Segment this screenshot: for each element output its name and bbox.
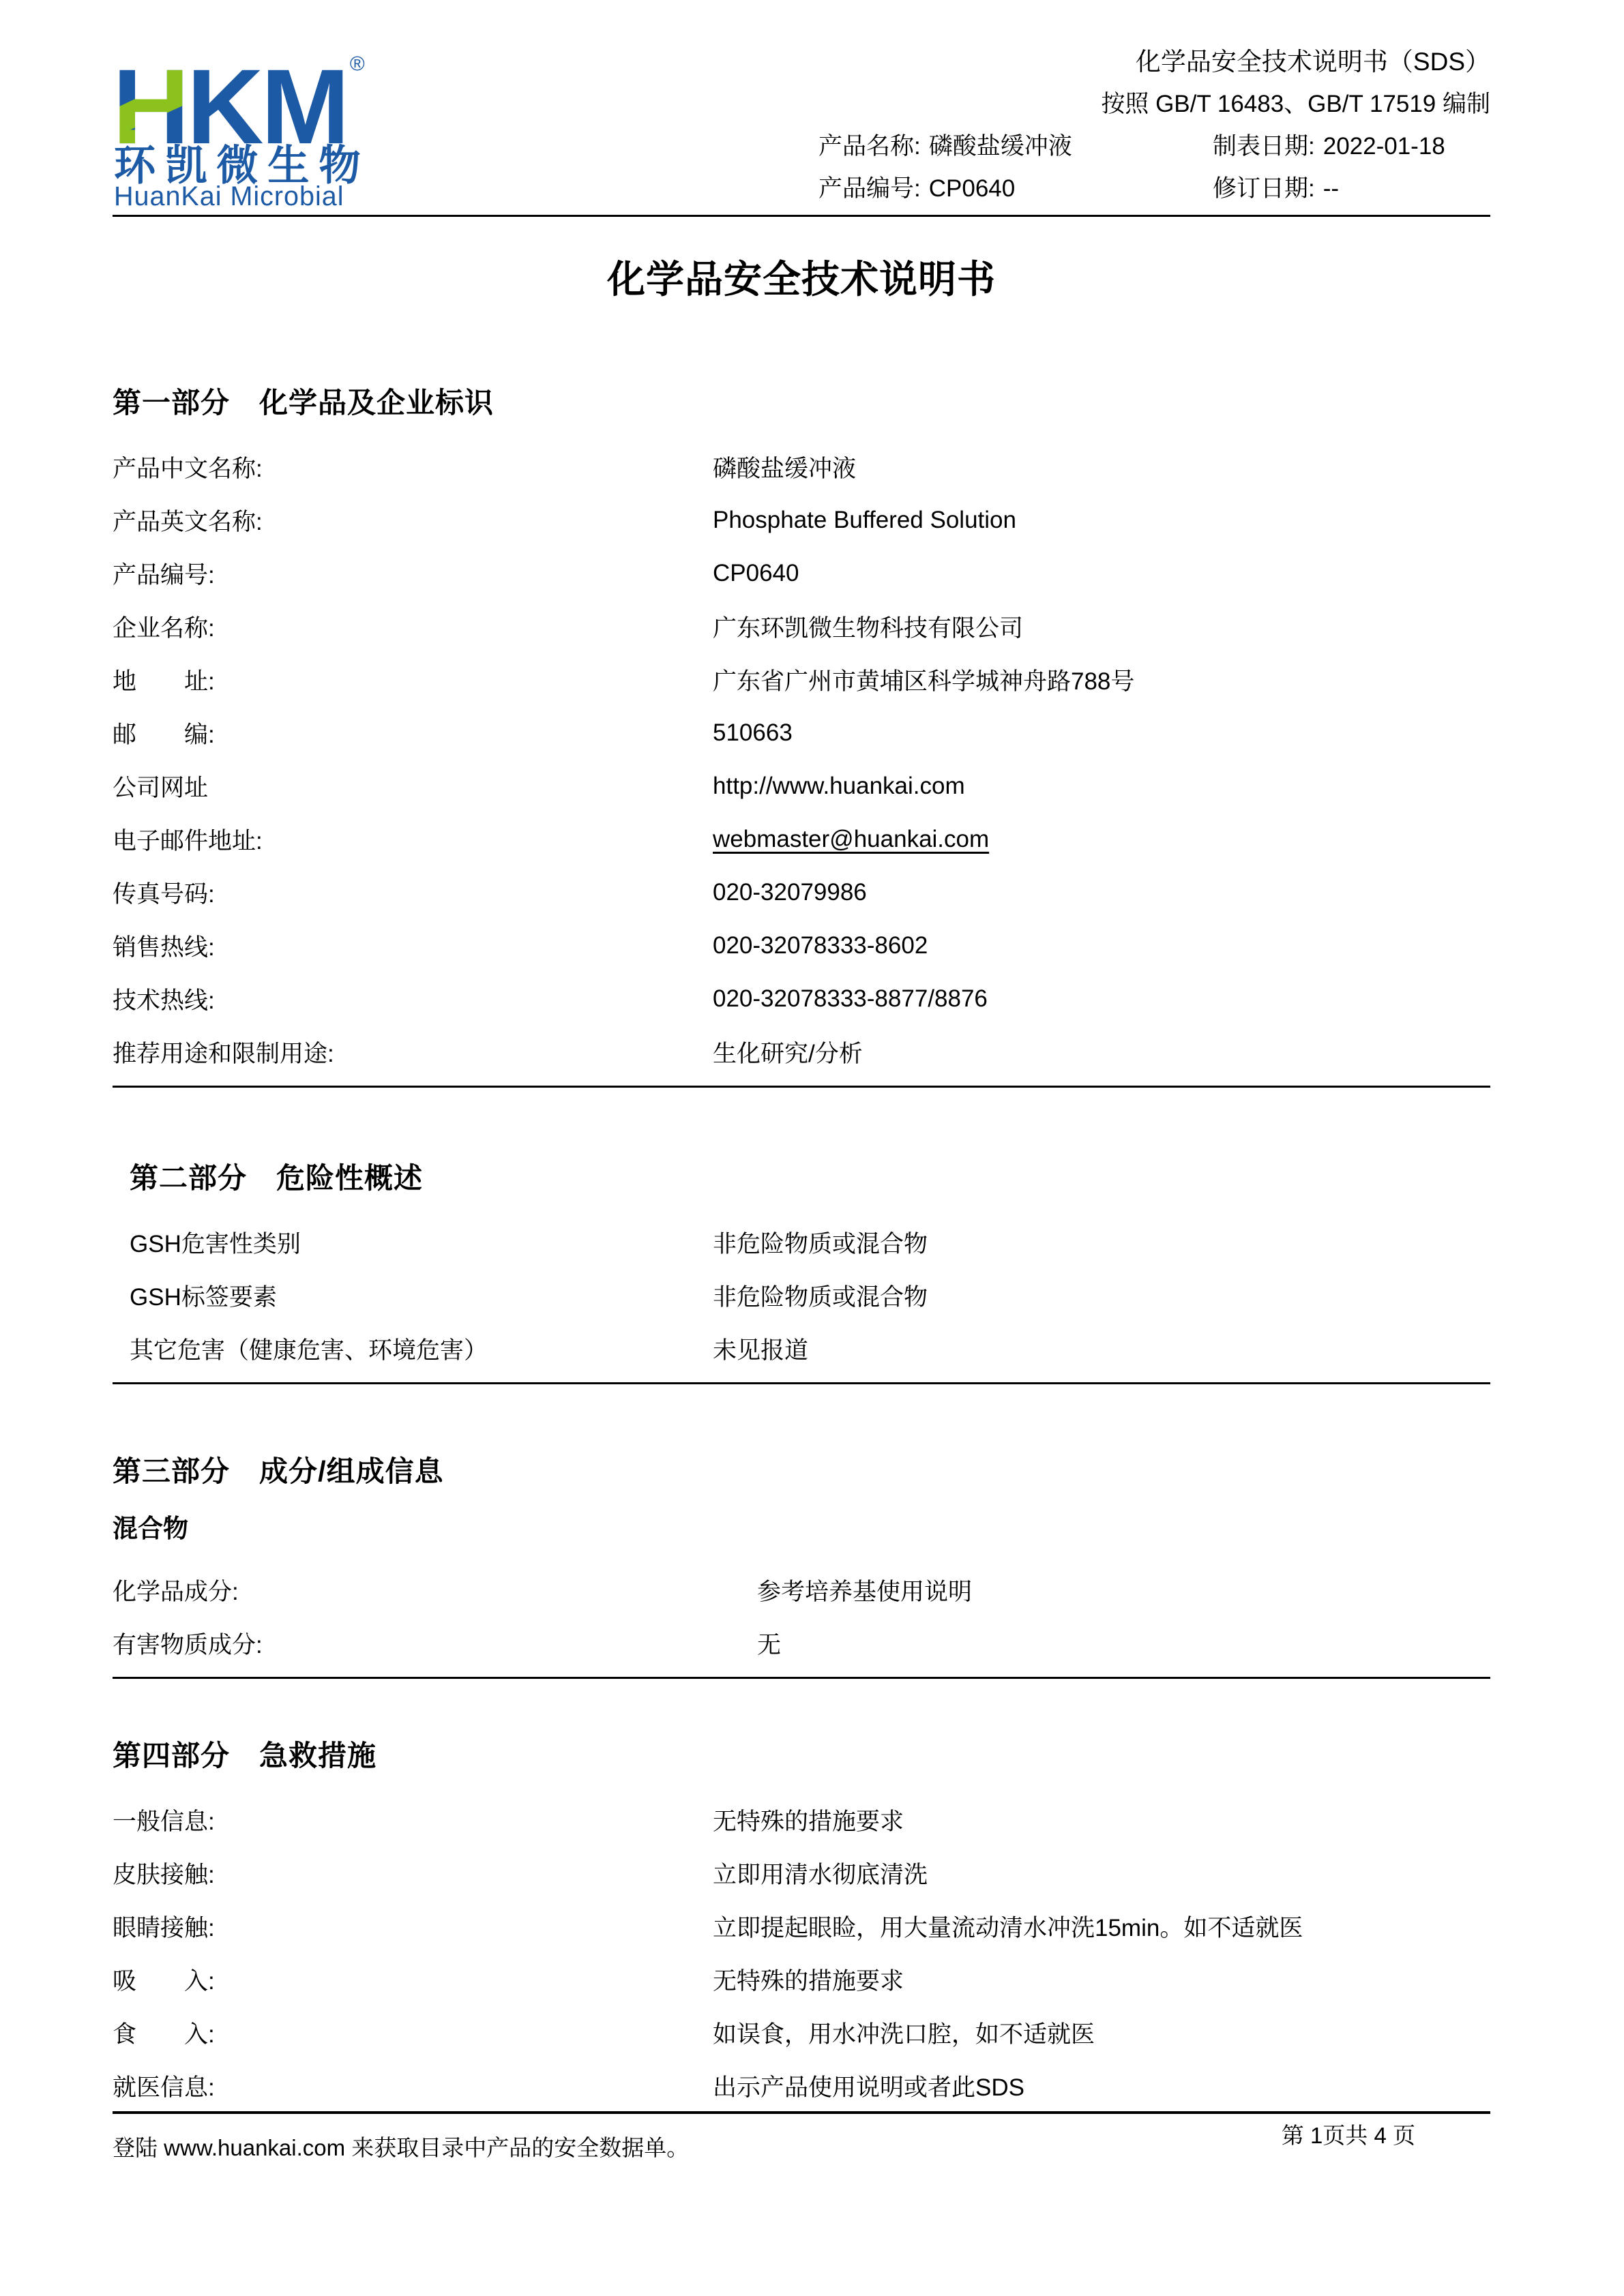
revised-date-label: 修订日期: xyxy=(1213,175,1315,202)
section2-rows: GSH危害性类别非危险物质或混合物 GSH标签要素非危险物质或混合物 其它危害（… xyxy=(113,1216,1490,1384)
revised-date-value: -- xyxy=(1323,175,1339,202)
row-label: 邮 编: xyxy=(113,716,713,750)
row-value: 未见报道 xyxy=(713,1332,1490,1366)
table-row: 产品中文名称:磷酸盐缓冲液 xyxy=(113,441,1490,494)
row-label: 传真号码: xyxy=(113,876,713,910)
row-label: 产品英文名称: xyxy=(113,503,713,537)
table-row: 技术热线:020-32078333-8877/8876 xyxy=(113,972,1490,1026)
table-row: 食 入:如误食，用水冲洗口腔，如不适就医 xyxy=(113,2006,1490,2059)
row-value: CP0640 xyxy=(713,560,1490,587)
table-row: 眼睛接触:立即提起眼睑，用大量流动清水冲洗15min。如不适就医 xyxy=(113,1900,1490,1953)
sds-document-page: HKM H ® 环凯微生物 HuanKai Microbial 化学品安全技术说… xyxy=(0,0,1624,2296)
hkm-logo: HKM H ® 环凯微生物 HuanKai Microbial xyxy=(113,37,402,209)
table-row: 产品英文名称:Phosphate Buffered Solution xyxy=(113,494,1490,547)
product-code-field: 产品编号:CP0640 xyxy=(818,168,1213,210)
section1-heading: 第一部分 化学品及企业标识 xyxy=(113,381,1490,421)
product-code-label: 产品编号: xyxy=(818,175,921,202)
table-row: GSH标签要素非危险物质或混合物 xyxy=(113,1269,1490,1322)
header-info-block: 化学品安全技术说明书（SDS） 按照 GB/T 16483、GB/T 17519… xyxy=(818,41,1490,210)
row-value: 如误食，用水冲洗口腔，如不适就医 xyxy=(713,2016,1490,2050)
section-identification: 第一部分 化学品及企业标识 产品中文名称:磷酸盐缓冲液 产品英文名称:Phosp… xyxy=(113,381,1490,1088)
section-first-aid: 第四部分 急救措施 一般信息:无特殊的措施要求 皮肤接触:立即用清水彻底清洗 眼… xyxy=(113,1733,1490,2119)
row-label: 产品中文名称: xyxy=(113,450,713,484)
row-label: 电子邮件地址: xyxy=(113,822,713,856)
row-label: 地 址: xyxy=(113,663,713,697)
table-row: 地 址:广东省广州市黄埔区科学城神舟路788号 xyxy=(113,653,1490,706)
mixture-subheading: 混合物 xyxy=(113,1508,1490,1545)
product-name-field: 产品名称:磷酸盐缓冲液 xyxy=(818,125,1213,168)
table-row: 吸 入:无特殊的措施要求 xyxy=(113,1953,1490,2006)
section3-heading: 第三部分 成分/组成信息 xyxy=(113,1449,1490,1490)
row-label: 食 入: xyxy=(113,2016,713,2050)
row-value: 无特殊的措施要求 xyxy=(713,1803,1490,1837)
row-value: 磷酸盐缓冲液 xyxy=(713,450,1490,484)
email-link[interactable]: webmaster@huankai.com xyxy=(713,826,1490,853)
row-label: 皮肤接触: xyxy=(113,1856,713,1890)
table-row: 推荐用途和限制用途:生化研究/分析 xyxy=(113,1026,1490,1079)
document-header: HKM H ® 环凯微生物 HuanKai Microbial 化学品安全技术说… xyxy=(113,0,1490,217)
row-label: 技术热线: xyxy=(113,982,713,1016)
row-value: Phosphate Buffered Solution xyxy=(713,507,1490,534)
page-number: 第 1页共 4 页 xyxy=(1282,2118,1415,2150)
row-value: 020-32078333-8877/8876 xyxy=(713,985,1490,1013)
table-row: 企业名称:广东环凯微生物科技有限公司 xyxy=(113,600,1490,653)
section4-heading: 第四部分 急救措施 xyxy=(113,1733,1490,1774)
row-label: GSH标签要素 xyxy=(130,1279,713,1313)
table-row: 其它危害（健康危害、环境危害）未见报道 xyxy=(113,1322,1490,1375)
row-label: 吸 入: xyxy=(113,1963,713,1997)
row-value: 020-32079986 xyxy=(713,879,1490,906)
table-row: 化学品成分:参考培养基使用说明 xyxy=(113,1564,1490,1617)
table-row: 产品编号:CP0640 xyxy=(113,547,1490,600)
row-label: 其它危害（健康危害、环境危害） xyxy=(130,1332,713,1366)
doc-type-title: 化学品安全技术说明书（SDS） xyxy=(818,41,1490,83)
row-label: 推荐用途和限制用途: xyxy=(113,1035,713,1069)
product-code-value: CP0640 xyxy=(929,175,1015,202)
header-meta-row: 产品名称:磷酸盐缓冲液 制表日期:2022-01-18 xyxy=(818,125,1490,168)
created-date-value: 2022-01-18 xyxy=(1323,133,1445,160)
row-label: 一般信息: xyxy=(113,1803,713,1837)
row-value: 020-32078333-8602 xyxy=(713,932,1490,959)
row-label: 销售热线: xyxy=(113,929,713,963)
row-label: GSH危害性类别 xyxy=(130,1225,713,1259)
header-meta-row: 产品编号:CP0640 修订日期:-- xyxy=(818,168,1490,210)
row-value: 立即提起眼睑，用大量流动清水冲洗15min。如不适就医 xyxy=(713,1909,1490,1943)
table-row: 一般信息:无特殊的措施要求 xyxy=(113,1793,1490,1847)
standard-reference: 按照 GB/T 16483、GB/T 17519 编制 xyxy=(818,83,1490,125)
table-row: 传真号码:020-32079986 xyxy=(113,866,1490,919)
row-value: 参考培养基使用说明 xyxy=(713,1573,1490,1607)
table-row: GSH危害性类别非危险物质或混合物 xyxy=(113,1216,1490,1269)
row-label: 公司网址 xyxy=(113,769,713,803)
row-value: 无 xyxy=(713,1626,1490,1660)
row-value: 广东环凯微生物科技有限公司 xyxy=(713,610,1490,644)
row-label: 眼睛接触: xyxy=(113,1909,713,1943)
created-date-field: 制表日期:2022-01-18 xyxy=(1213,125,1490,168)
table-row: 邮 编:510663 xyxy=(113,706,1490,760)
product-name-value: 磷酸盐缓冲液 xyxy=(929,133,1072,160)
table-row: 皮肤接触:立即用清水彻底清洗 xyxy=(113,1847,1490,1900)
registered-trademark-icon: ® xyxy=(350,53,365,75)
row-label: 产品编号: xyxy=(113,556,713,591)
row-value: 广东省广州市黄埔区科学城神舟路788号 xyxy=(713,663,1490,697)
main-title: 化学品安全技术说明书 xyxy=(113,250,1490,304)
row-label: 化学品成分: xyxy=(113,1573,713,1607)
table-row: 公司网址http://www.huankai.com xyxy=(113,760,1490,813)
section4-rows: 一般信息:无特殊的措施要求 皮肤接触:立即用清水彻底清洗 眼睛接触:立即提起眼睑… xyxy=(113,1793,1490,2119)
logo-subtitle-en: HuanKai Microbial xyxy=(114,181,344,209)
row-value: 无特殊的措施要求 xyxy=(713,1963,1490,1997)
table-row: 有害物质成分:无 xyxy=(113,1617,1490,1670)
section-composition: 第三部分 成分/组成信息 混合物 化学品成分:参考培养基使用说明 有害物质成分:… xyxy=(113,1449,1490,1679)
section1-rows: 产品中文名称:磷酸盐缓冲液 产品英文名称:Phosphate Buffered … xyxy=(113,441,1490,1088)
company-website-value: http://www.huankai.com xyxy=(713,773,1490,800)
product-name-label: 产品名称: xyxy=(818,133,921,160)
row-label: 有害物质成分: xyxy=(113,1626,713,1660)
row-value: 510663 xyxy=(713,719,1490,747)
footer-note: 登陆 www.huankai.com 来获取目录中产品的安全数据单。 xyxy=(113,2130,689,2162)
table-row: 电子邮件地址:webmaster@huankai.com xyxy=(113,813,1490,866)
created-date-label: 制表日期: xyxy=(1213,133,1315,160)
revised-date-field: 修订日期:-- xyxy=(1213,168,1490,210)
row-value: 非危险物质或混合物 xyxy=(713,1225,1490,1259)
document-footer: 第 1页共 4 页 登陆 www.huankai.com 来获取目录中产品的安全… xyxy=(113,2111,1490,2114)
section3-rows: 化学品成分:参考培养基使用说明 有害物质成分:无 xyxy=(113,1564,1490,1679)
table-row: 就医信息:出示产品使用说明或者此SDS xyxy=(113,2059,1490,2113)
section-hazard-overview: 第二部分 危险性概述 GSH危害性类别非危险物质或混合物 GSH标签要素非危险物… xyxy=(113,1156,1490,1384)
section2-heading: 第二部分 危险性概述 xyxy=(113,1156,1490,1197)
row-value: 非危险物质或混合物 xyxy=(713,1279,1490,1313)
row-label: 就医信息: xyxy=(113,2069,713,2103)
row-value: 出示产品使用说明或者此SDS xyxy=(713,2069,1490,2103)
row-label: 企业名称: xyxy=(113,610,713,644)
row-value: 生化研究/分析 xyxy=(713,1035,1490,1069)
table-row: 销售热线:020-32078333-8602 xyxy=(113,919,1490,972)
row-value: 立即用清水彻底清洗 xyxy=(713,1856,1490,1890)
